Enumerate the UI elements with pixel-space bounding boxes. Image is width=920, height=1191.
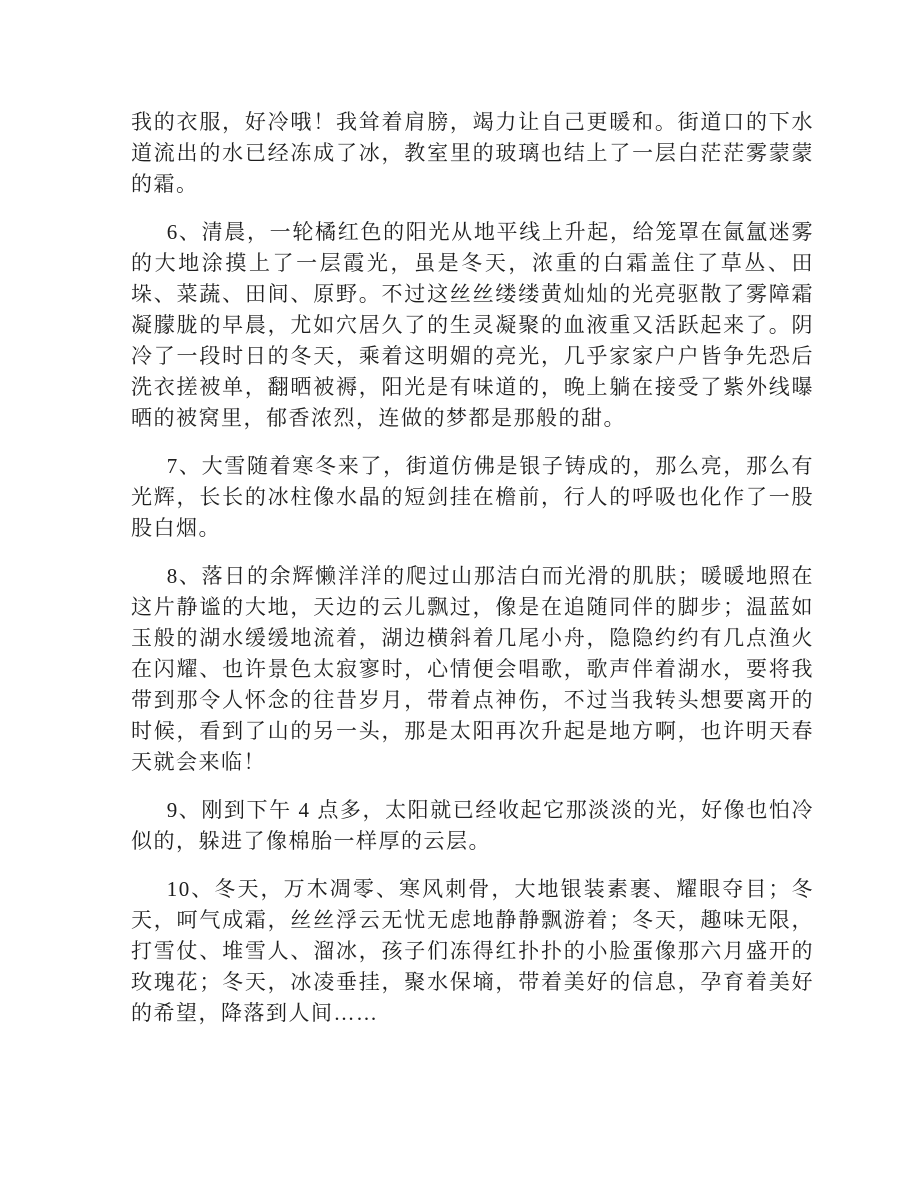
- paragraph-9: 9、刚到下午 4 点多，太阳就已经收起它那淡淡的光，好像也怕冷似的，躲进了像棉胎…: [131, 795, 814, 857]
- paragraph-8: 8、落日的余辉懒洋洋的爬过山那洁白而光滑的肌肤；暖暖地照在这片静谧的大地，天边的…: [131, 561, 814, 778]
- paragraph-10: 10、冬天，万木凋零、寒风刺骨，大地银装素裹、耀眼夺目；冬天，呵气成霜，丝丝浮云…: [131, 874, 814, 1029]
- document-page: 我的衣服，好冷哦！我耸着肩膀，竭力让自己更暖和。街道口的下水道流出的水已经冻成了…: [131, 107, 814, 1046]
- paragraph-6: 6、清晨，一轮橘红色的阳光从地平线上升起，给笼罩在氤氲迷雾的大地涂摸上了一层霞光…: [131, 217, 814, 434]
- paragraph-7: 7、大雪随着寒冬来了，街道仿佛是银子铸成的，那么亮，那么有光辉，长长的冰柱像水晶…: [131, 451, 814, 544]
- paragraph-continuation: 我的衣服，好冷哦！我耸着肩膀，竭力让自己更暖和。街道口的下水道流出的水已经冻成了…: [131, 107, 814, 200]
